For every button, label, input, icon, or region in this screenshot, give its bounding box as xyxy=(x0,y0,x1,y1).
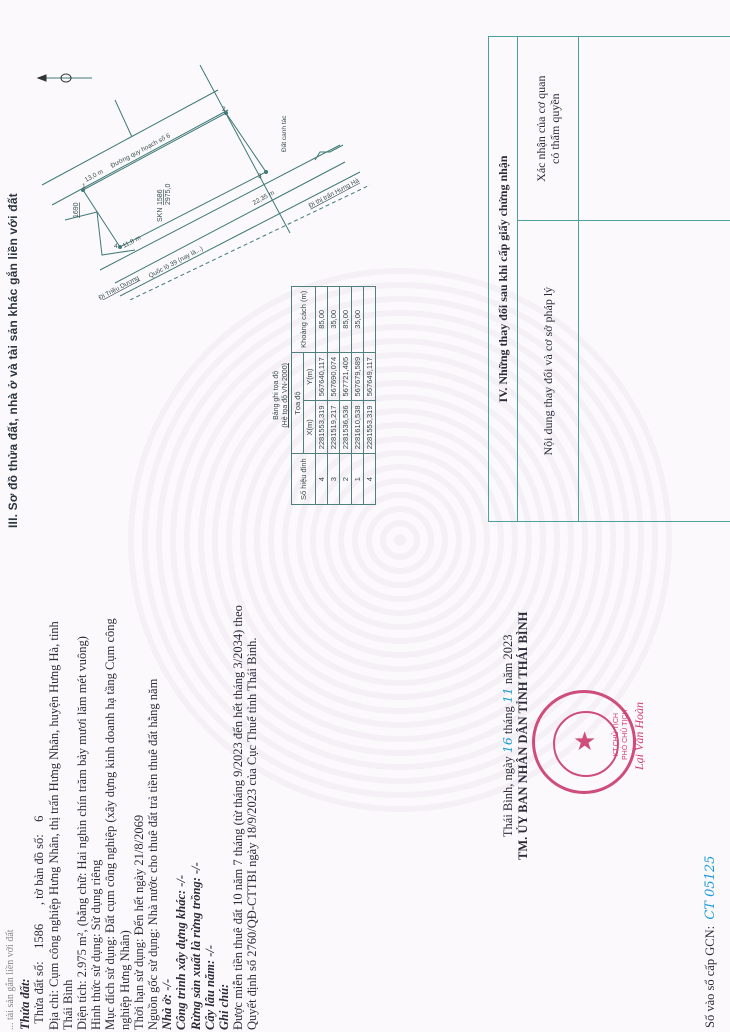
col-y: Y(m) xyxy=(304,352,316,401)
cell-point: 4 xyxy=(364,454,376,505)
cell-y: 567679,589 xyxy=(352,352,364,401)
signature-block: Thái Bình, ngày 16 tháng 11 năm 2023 TM.… xyxy=(500,612,531,860)
cell-x: 2281553,319 xyxy=(364,401,376,454)
area: Diện tích: 2.975 m², (bằng chữ: Hai nghì… xyxy=(75,560,89,1030)
edge-right-label: 22,35 m xyxy=(252,190,276,207)
registry-number: Số vào sổ cấp GCN: CT 05125 xyxy=(703,856,718,1028)
perennial: Cây lâu năm: -/- xyxy=(203,560,217,1030)
cell-distance: 85,00 xyxy=(340,286,352,352)
other-construction: Công trình xây dựng khác: -/- xyxy=(174,560,188,1030)
cell-y: 567721,405 xyxy=(340,352,352,401)
parcel-diagram: 13,0 m Đường quy hoạch số 6 11,8 m 22,35… xyxy=(0,0,420,300)
cell-point: 4 xyxy=(316,454,328,505)
note-line2: Quyết định số 2760/QĐ-CTTBI ngày 18/9/20… xyxy=(245,560,259,1030)
col-x: X(m) xyxy=(304,401,316,454)
table-row: 32281519,217567690,07435,00 xyxy=(328,286,340,504)
cell-distance: 35,00 xyxy=(328,286,340,352)
cell-distance xyxy=(364,286,376,352)
cell-distance: 85,00 xyxy=(316,286,328,352)
purpose: Mục đích sử dụng: Đất cụm công nghiệp (x… xyxy=(103,560,117,1030)
section2-land-info: ... tài sản gắn liền với đất Thửa đất: T… xyxy=(4,560,260,1030)
edge-top-label: 13,0 m xyxy=(84,168,105,184)
cell-point: 2 xyxy=(340,454,352,505)
usage-form: Hình thức sử dụng: Sử dụng riêng xyxy=(89,560,103,1030)
table-row: 12281610,538567679,58935,00 xyxy=(352,286,364,504)
road-planned-label: Đường quy hoạch số 6 xyxy=(109,130,172,169)
parcel-number: 1586 xyxy=(157,189,164,205)
parcel-label: SKN xyxy=(157,208,164,222)
change-content-cell xyxy=(579,221,730,522)
notes-heading: Ghi chú: xyxy=(217,560,231,1030)
authority: TM. ỦY BAN NHÂN DÂN TỈNH THÁI BÌNH xyxy=(516,612,531,860)
table-row: 22281536,536567721,40585,00 xyxy=(340,286,352,504)
note-line1: Được miễn tiền thuê đất 10 năm 7 tháng (… xyxy=(231,560,245,1030)
cell-x: 2281536,536 xyxy=(340,401,352,454)
address: Địa chỉ: Cụm công nghiệp Hưng Nhân, thị … xyxy=(47,560,61,1030)
col-point: Số hiệu đỉnh xyxy=(292,454,316,505)
land-side-label: Đất canh tác xyxy=(279,115,288,152)
cell-y: 567640,117 xyxy=(316,352,328,401)
term: Thời hạn sử dụng: Đến hết ngày 21/8/2069 xyxy=(132,560,146,1030)
section4-title: IV. Những thay đổi sau khi cấp giấy chứn… xyxy=(489,37,518,522)
sign-date: Thái Bình, ngày 16 tháng 11 năm 2023 xyxy=(500,612,516,860)
cell-point: 3 xyxy=(328,454,340,505)
vertex-2: 2 xyxy=(222,106,226,113)
land-heading: Thửa đất: xyxy=(18,560,32,1030)
edge-bottom-label: 11,8 m xyxy=(122,234,142,249)
col-coords: Tọa độ xyxy=(292,352,304,453)
forest: Rừng sản xuất là rừng trồng: -/- xyxy=(189,560,203,1030)
neighbor-parcel: 1690 xyxy=(73,202,80,218)
signer-name: Lại Văn Hoàn xyxy=(632,702,647,770)
purpose-cont: nghiệp Hưng Nhân) xyxy=(118,560,132,1030)
coordinate-table: Bảng ghi tọa độ (Hệ tọa độ VN-2000) Số h… xyxy=(272,286,376,505)
house: Nhà ở: -/- xyxy=(160,560,174,1030)
cell-x: 2281610,538 xyxy=(352,401,364,454)
vertex-4: 4 xyxy=(114,243,118,250)
star-icon: ★ xyxy=(573,729,596,755)
col-authority-confirmation: Xác nhận của cơ quancó thẩm quyền xyxy=(518,37,579,221)
road-to-right-label: Đi thị trấn Hưng Hà xyxy=(307,175,361,209)
cell-point: 1 xyxy=(352,454,364,505)
table-row: 42281553,319567640,11785,00 xyxy=(316,286,328,504)
origin: Nguồn gốc sử dụng: Nhà nước cho thuê đất… xyxy=(146,560,160,1030)
parcel-area: 2975,0 xyxy=(165,183,172,205)
cell-distance: 35,00 xyxy=(352,286,364,352)
cell-y: 567649,117 xyxy=(364,352,376,401)
cell-x: 2281519,217 xyxy=(328,401,340,454)
parcel-no-line: Thửa đất số: 1586 , tờ bản đồ số: 6 xyxy=(32,560,46,1030)
table-row: 42281553,319567649,117 xyxy=(364,286,376,504)
col-change-content: Nội dung thay đổi và cơ sở pháp lý xyxy=(518,221,579,522)
authority-cell xyxy=(579,37,730,221)
coord-caption: Bảng ghi tọa độ (Hệ tọa độ VN-2000) xyxy=(272,286,290,505)
signer-position: KT.CHỦ TỊCH PHÓ CHỦ TỊCH xyxy=(612,710,630,760)
cell-y: 567690,074 xyxy=(328,352,340,401)
cell-x: 2281553,319 xyxy=(316,401,328,454)
address-cont: Thái Bình xyxy=(61,560,75,1030)
road-to-left-label: Đi Triều Dương xyxy=(97,273,141,300)
section4-changes: IV. Những thay đổi sau khi cấp giấy chứn… xyxy=(488,36,730,522)
vertex-3: 3 xyxy=(258,173,262,180)
col-distance: Khoảng cách (m) xyxy=(292,286,316,352)
vertex-1: 1 xyxy=(82,183,86,190)
